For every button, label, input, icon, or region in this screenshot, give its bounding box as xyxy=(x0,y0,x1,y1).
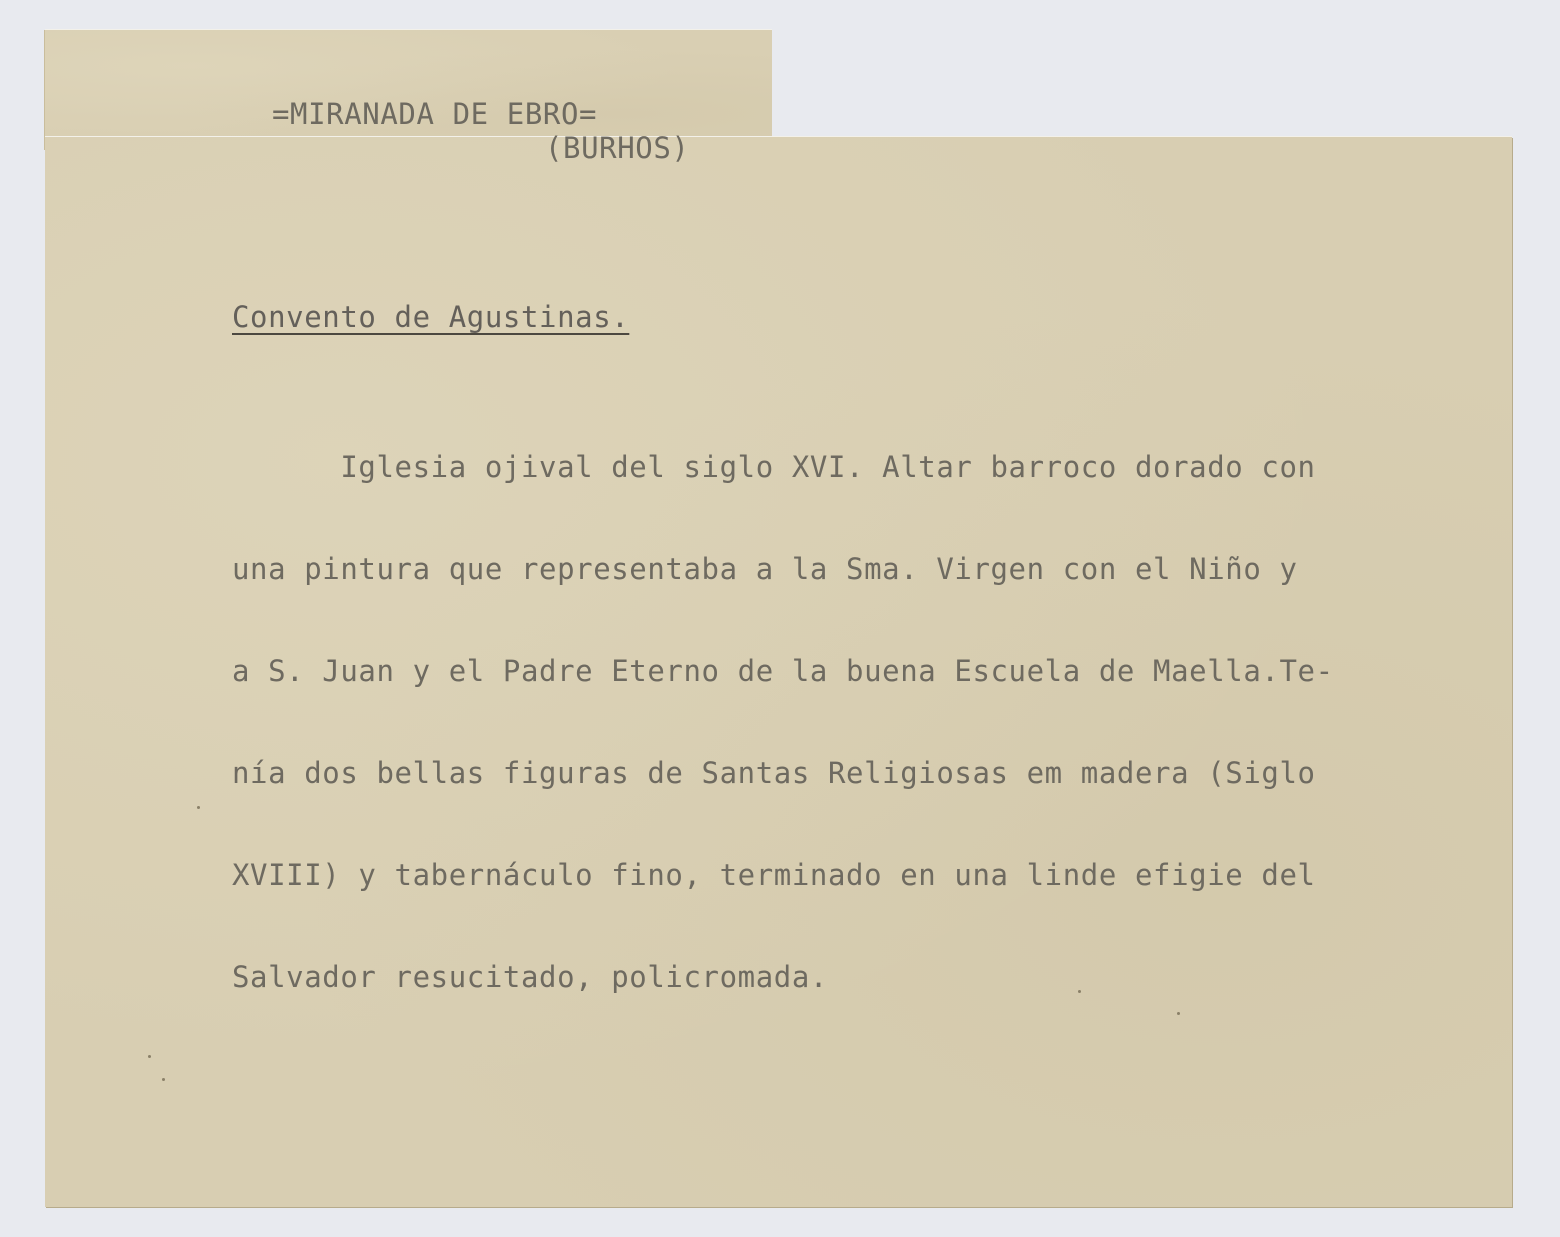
description-line: Iglesia ojival del siglo XVI. Altar barr… xyxy=(232,450,1334,484)
entry-title: Convento de Agustinas. xyxy=(232,300,629,334)
description-line: nía dos bellas figuras de Santas Religio… xyxy=(232,756,1334,790)
scan-background: =MIRANADA DE EBRO= (BURHOS) Convento de … xyxy=(0,0,1560,1237)
paper-speck xyxy=(148,1055,151,1058)
description-line: una pintura que representaba a la Sma. V… xyxy=(232,552,1334,586)
description-line: a S. Juan y el Padre Eterno de la buena … xyxy=(232,654,1334,688)
paper-speck xyxy=(1078,990,1081,993)
entry-description: Iglesia ojival del siglo XVI. Altar barr… xyxy=(232,382,1334,1062)
description-line: Salvador resucitado, policromada. xyxy=(232,960,1334,994)
paper-speck xyxy=(1177,1012,1180,1015)
place-name: =MIRANADA DE EBRO= xyxy=(272,97,597,131)
description-line: XVIII) y tabernáculo fino, terminado en … xyxy=(232,858,1334,892)
province-name: (BURHOS) xyxy=(545,131,689,165)
paper-speck xyxy=(162,1078,165,1081)
paper-speck xyxy=(197,806,200,809)
